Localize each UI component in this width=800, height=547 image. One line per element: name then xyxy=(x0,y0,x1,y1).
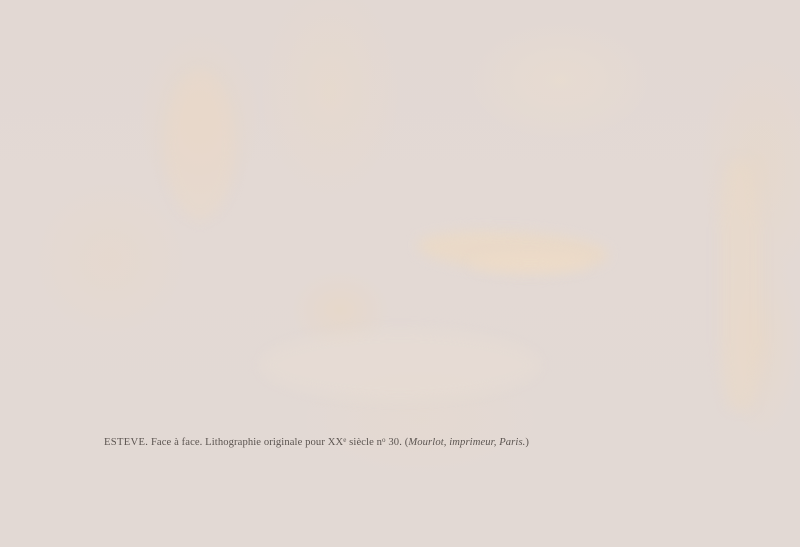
caption-description: Lithographie originale pour XXe siècle n… xyxy=(205,437,402,448)
caption-printer-group: (Mourlot, imprimeur, Paris.) xyxy=(405,437,529,448)
caption-number: 30. xyxy=(386,437,402,448)
paren: ) xyxy=(525,437,529,448)
caption-description-text: siècle n xyxy=(346,437,382,448)
faint-shape xyxy=(470,252,590,274)
faint-shape xyxy=(260,330,540,400)
faint-shape xyxy=(720,160,760,410)
faint-shape xyxy=(417,229,608,274)
caption-description-text: Lithographie originale pour XX xyxy=(205,437,343,448)
caption-printer: Mourlot, imprimeur, Paris. xyxy=(408,437,525,448)
caption-artist: ESTEVE. xyxy=(104,437,148,448)
faint-shape xyxy=(165,70,235,220)
caption-title: Face à face. xyxy=(151,437,202,448)
lithograph-page: ESTEVE. Face à face. Lithographie origin… xyxy=(0,0,800,547)
plate-caption: ESTEVE. Face à face. Lithographie origin… xyxy=(104,437,529,448)
